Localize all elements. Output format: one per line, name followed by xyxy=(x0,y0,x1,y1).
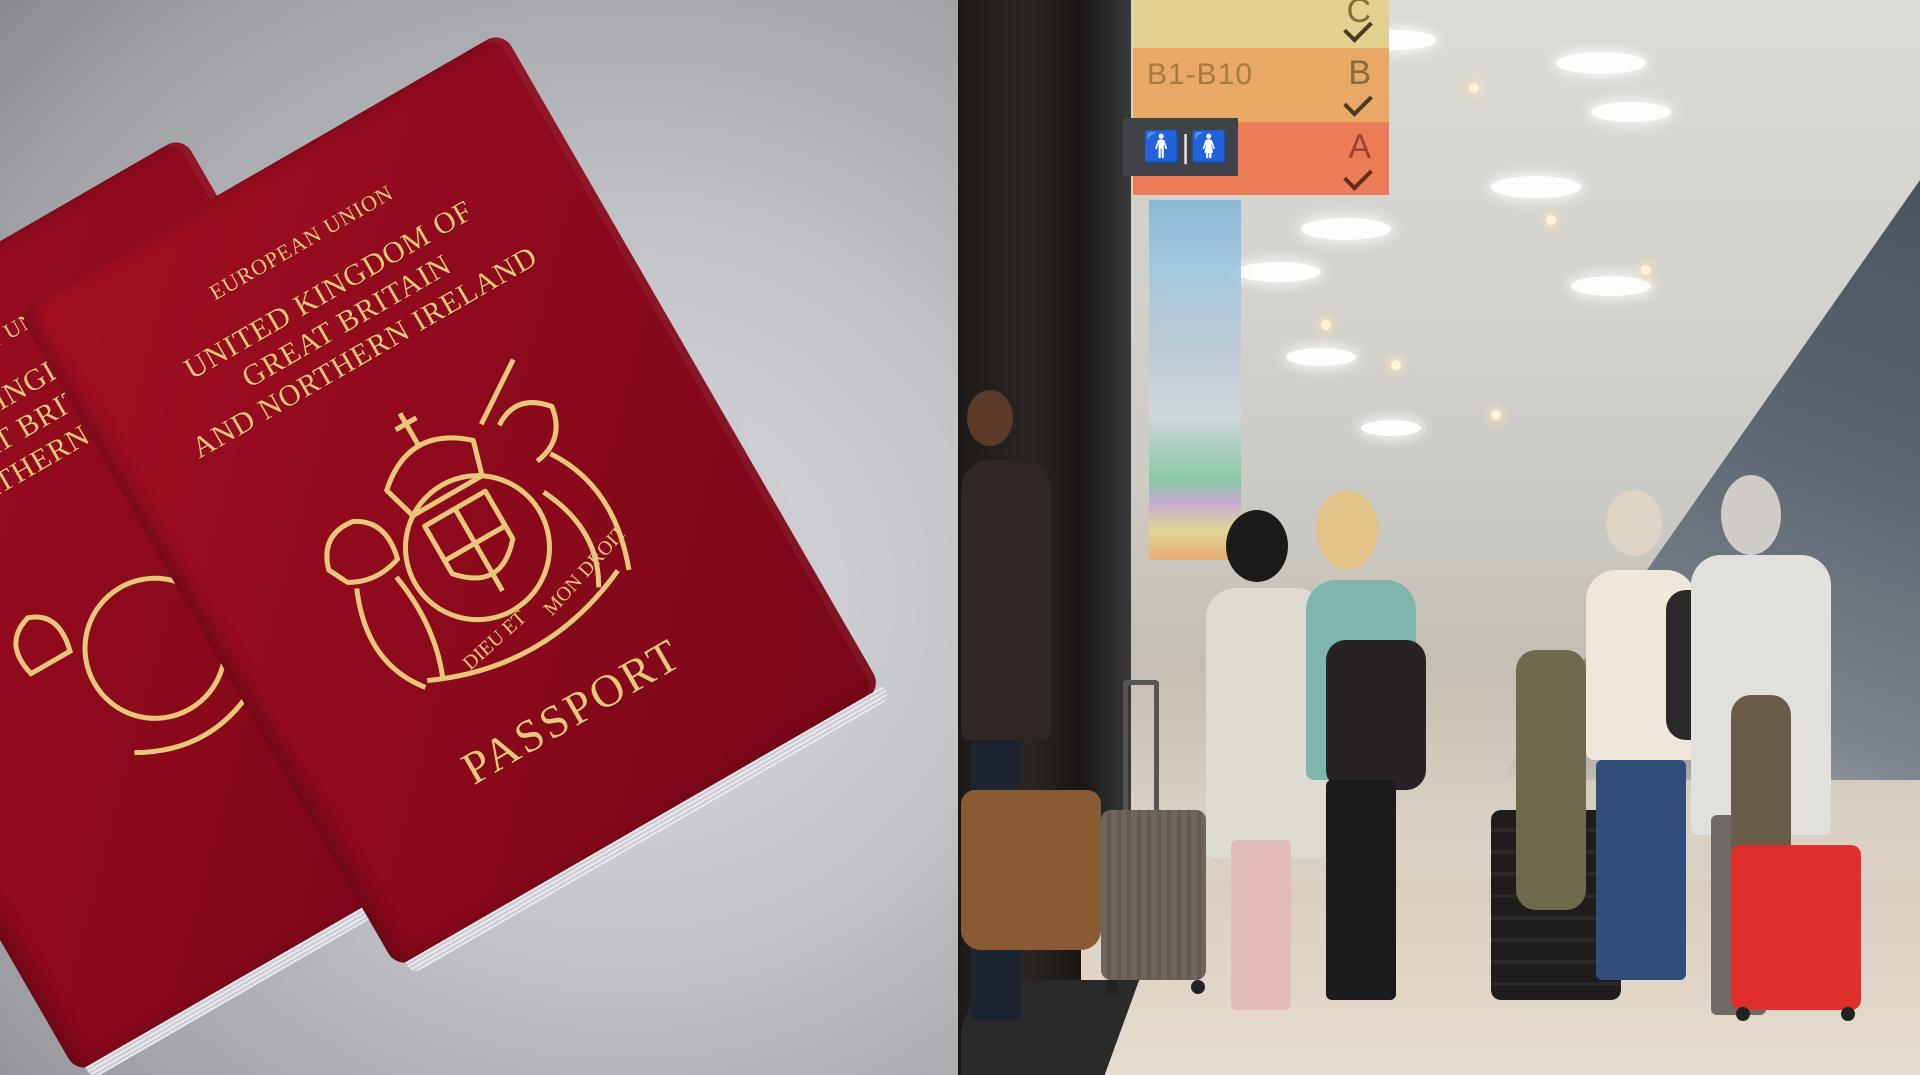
head xyxy=(1721,475,1781,555)
ceiling-light xyxy=(1556,52,1646,74)
ceiling-light xyxy=(1491,176,1581,198)
brown-tote xyxy=(961,790,1101,950)
passports-panel: EUROPEAN UNION UNITED KINGDOM OF GREAT B… xyxy=(0,0,960,1075)
wheel xyxy=(1105,980,1119,994)
head xyxy=(1226,510,1288,582)
composite-photo: EUROPEAN UNION UNITED KINGDOM OF GREAT B… xyxy=(0,0,1920,1075)
trousers xyxy=(1231,840,1291,1010)
suitcase-handle xyxy=(1123,680,1159,815)
ceiling-light xyxy=(1361,420,1421,436)
wheel xyxy=(1736,1007,1750,1021)
ceiling-spot xyxy=(1391,360,1401,370)
gate-band-b: B1-B10 B xyxy=(1133,48,1389,122)
ceiling-light xyxy=(1591,102,1671,122)
restroom-icon: 🚹|🚺 xyxy=(1143,130,1228,165)
taupe-suitcase xyxy=(1101,810,1206,980)
ceiling-spot xyxy=(1491,410,1501,420)
ceiling-light xyxy=(1236,262,1321,282)
ceiling-light xyxy=(1301,218,1391,240)
colored-banner xyxy=(1149,200,1241,560)
gate-range: B1-B10 xyxy=(1147,58,1253,92)
red-suitcase xyxy=(1731,845,1861,1010)
ceiling-spot xyxy=(1546,215,1556,225)
jeans xyxy=(1596,760,1686,980)
airport-panel: C B1-B10 B A 🚹|🚺 xyxy=(961,0,1920,1075)
trousers xyxy=(1326,780,1396,1000)
gate-sign: C B1-B10 B A 🚹|🚺 xyxy=(1133,0,1389,195)
restroom-sign: 🚹|🚺 xyxy=(1123,118,1238,176)
ceiling-light xyxy=(1286,348,1356,366)
head xyxy=(967,390,1013,446)
black-bag xyxy=(1326,640,1426,790)
ceiling-spot xyxy=(1469,83,1479,93)
olive-coat xyxy=(1516,650,1586,910)
ceiling-spot xyxy=(1641,265,1651,275)
gate-band-c: C xyxy=(1133,0,1389,48)
head xyxy=(1606,490,1662,556)
passport-pages xyxy=(405,686,890,974)
head xyxy=(1316,490,1378,570)
wheel xyxy=(1191,980,1205,994)
ceiling-spot xyxy=(1321,320,1331,330)
wheel xyxy=(1841,1007,1855,1021)
ceiling-light xyxy=(1571,276,1651,296)
jacket xyxy=(961,460,1051,740)
